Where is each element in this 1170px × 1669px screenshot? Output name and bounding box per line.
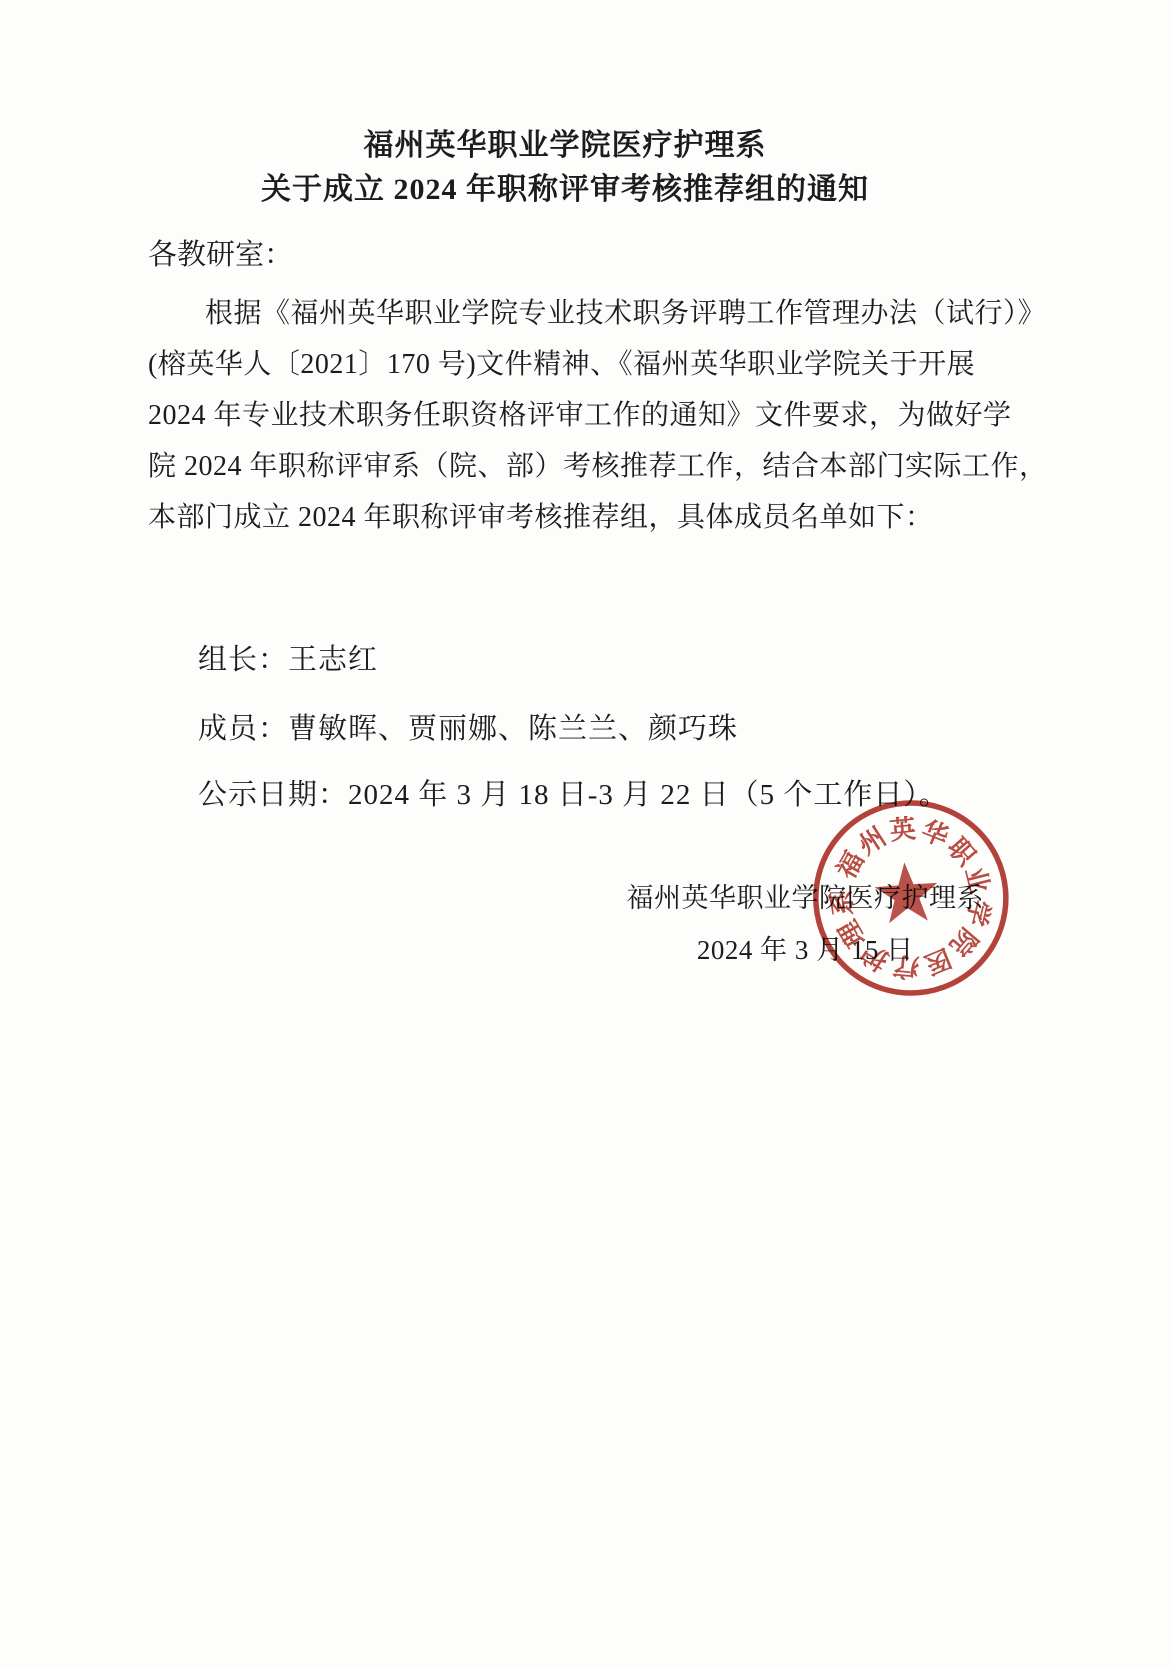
paragraph-line: 2024 年专业技术职务任职资格评审工作的通知》文件要求，为做好学 <box>148 390 1048 441</box>
document-page: 福州英华职业学院医疗护理系 关于成立 2024 年职称评审考核推荐组的通知 各教… <box>0 0 1170 1669</box>
paragraph-line: (榕英华人〔2021〕170 号)文件精神、《福州英华职业学院关于开展 <box>148 339 1048 390</box>
star-icon <box>873 860 940 924</box>
salutation: 各教研室： <box>148 232 293 273</box>
group-members-line: 成员：曹敏晖、贾丽娜、陈兰兰、颜巧珠 <box>198 706 738 747</box>
seal-graphic: 福州英华职业学院医疗护理系 <box>801 789 1021 1011</box>
paragraph-line: 根据《福州英华职业学院专业技术职务评聘工作管理办法（试行）》 <box>148 288 1048 339</box>
paragraph-line: 院 2024 年职称评审系（院、部）考核推荐工作，结合本部门实际工作， <box>148 441 1048 492</box>
body-paragraph: 根据《福州英华职业学院专业技术职务评聘工作管理办法（试行）》 (榕英华人〔202… <box>148 288 1048 543</box>
document-title-line1: 福州英华职业学院医疗护理系 <box>0 120 1130 164</box>
paragraph-line: 本部门成立 2024 年职称评审考核推荐组，具体成员名单如下： <box>148 492 1048 543</box>
group-leader-line: 组长：王志红 <box>198 637 378 678</box>
document-title-line2: 关于成立 2024 年职称评审考核推荐组的通知 <box>0 164 1130 208</box>
official-seal-stamp: 福州英华职业学院医疗护理系 <box>801 789 1021 1011</box>
